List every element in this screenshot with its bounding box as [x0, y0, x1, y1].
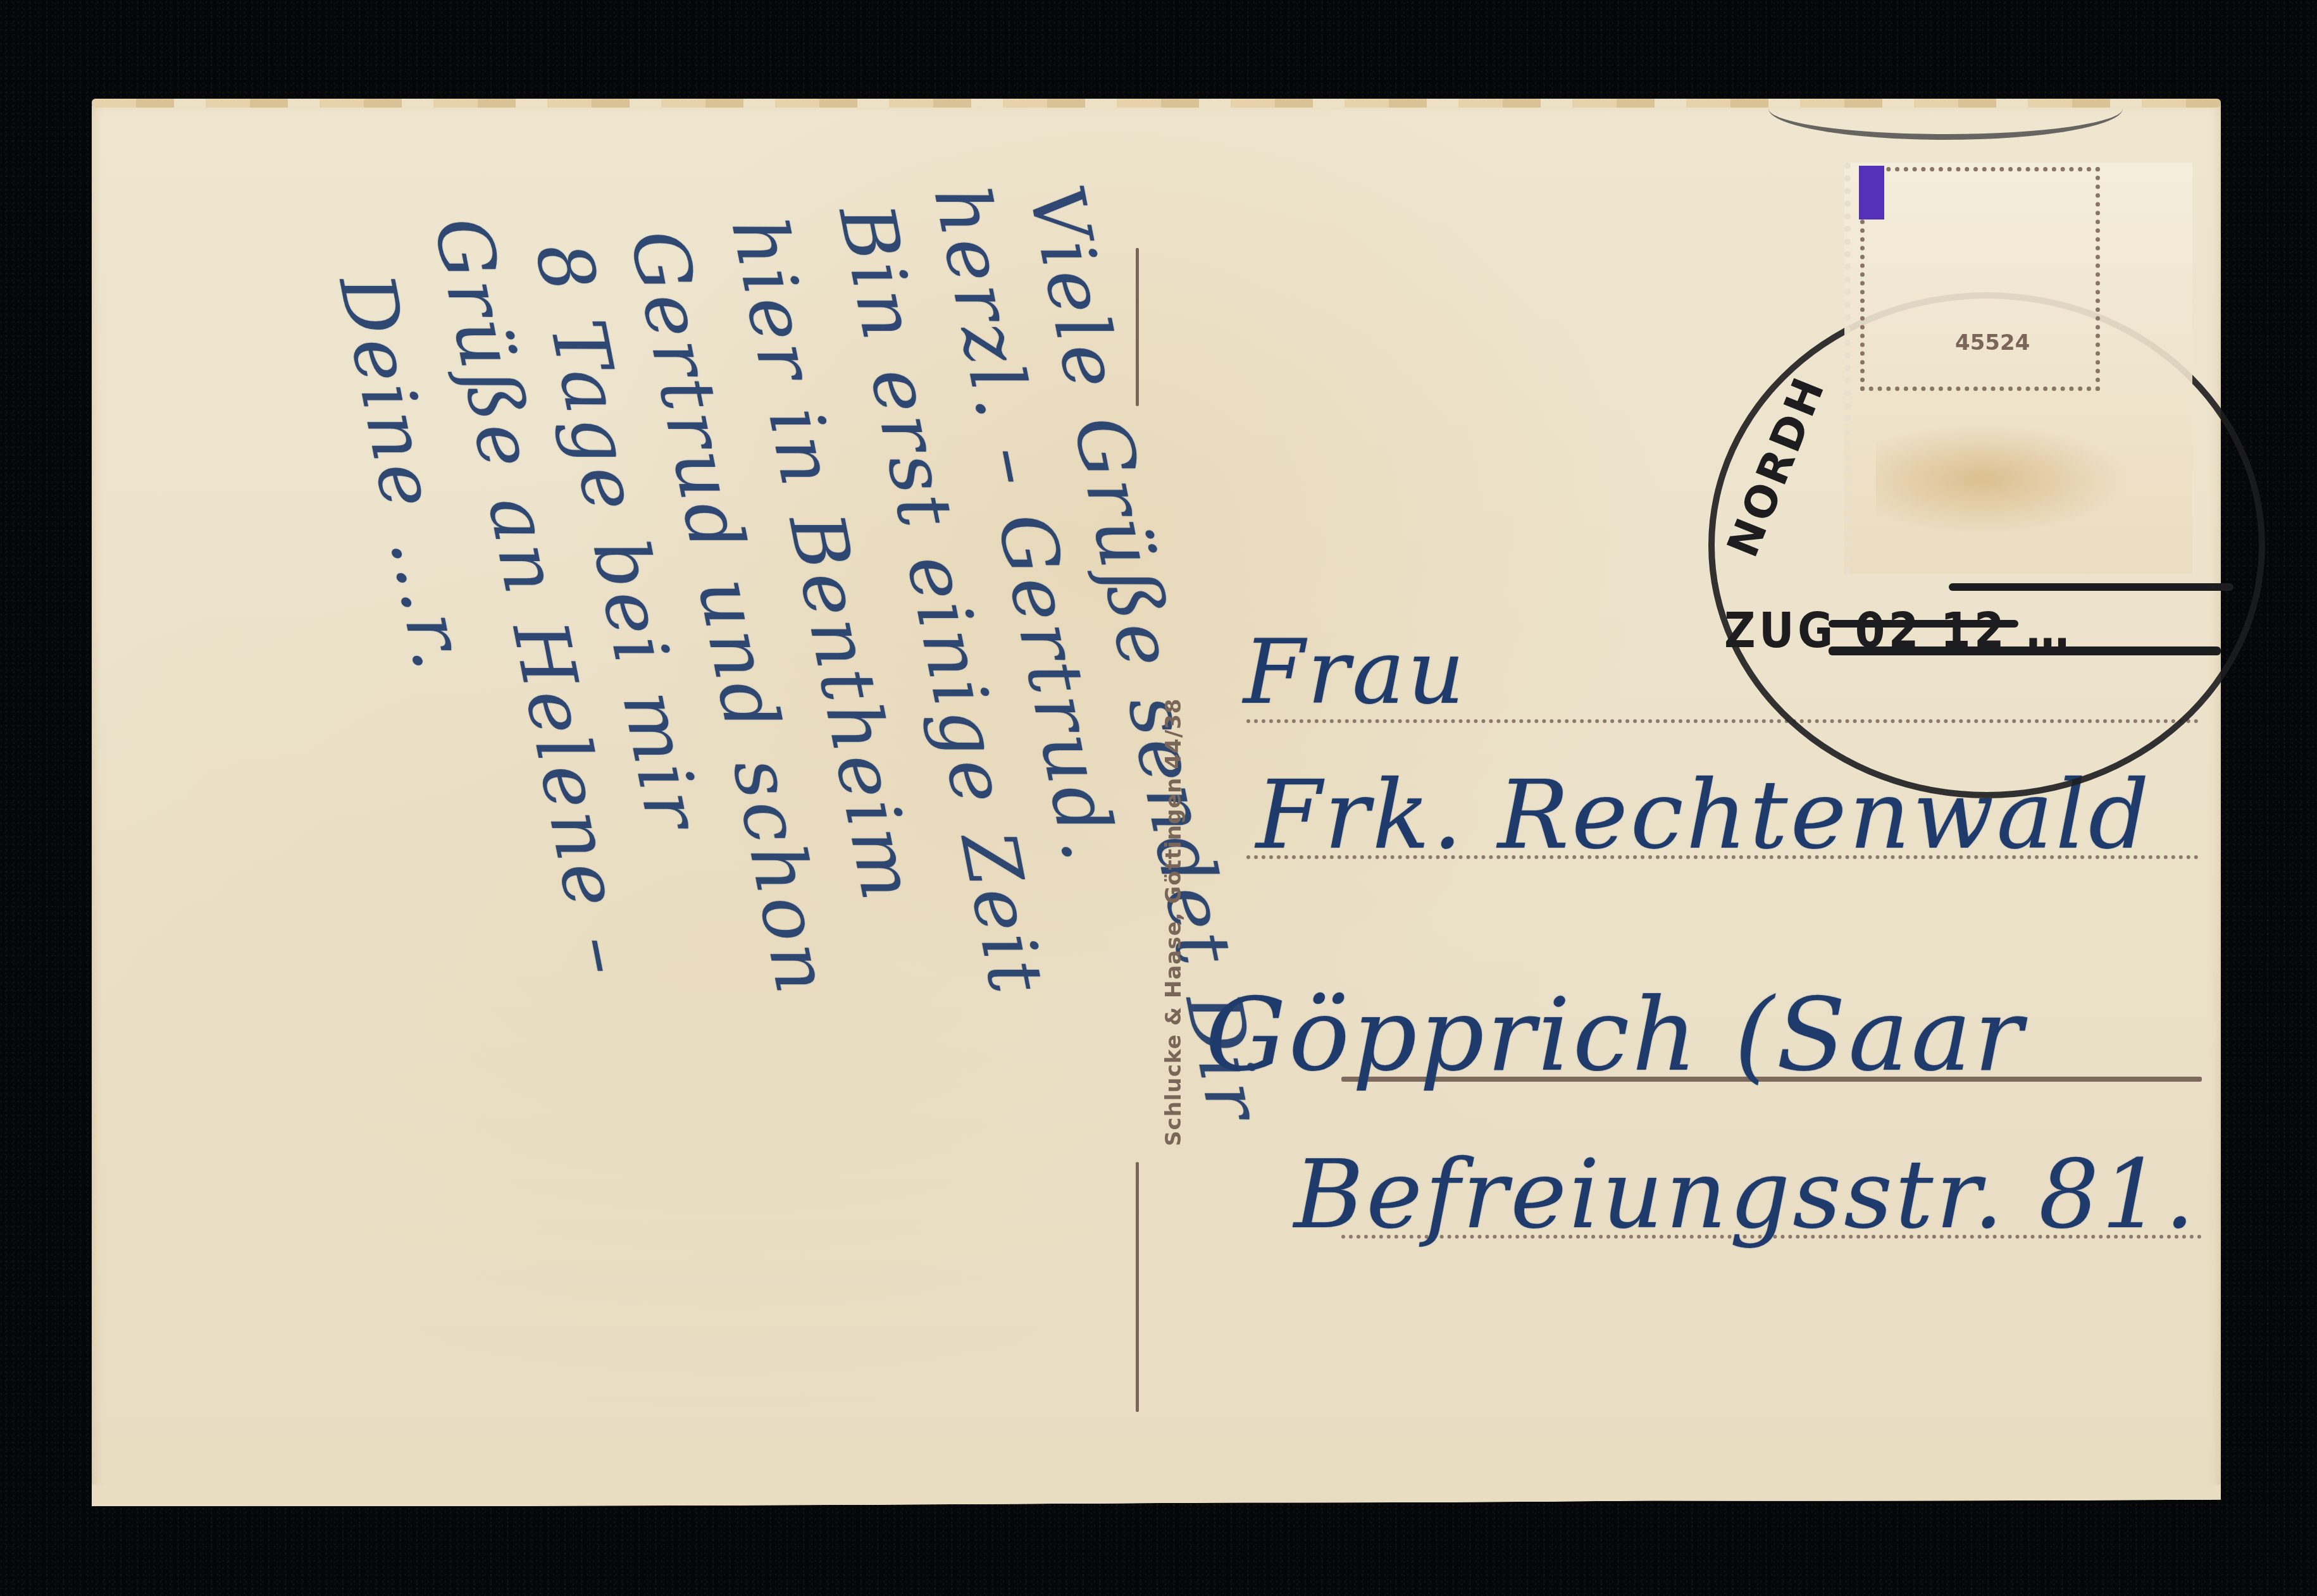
- address-line-4: Befreiungsstr. 81.: [1294, 1140, 2197, 1250]
- address-line-3: Göpprich (Saar: [1205, 975, 2025, 1094]
- printer-imprint: Schlucke & Haase, Göttingen 44/38: [1161, 698, 1186, 1146]
- postmark-ornament-bar: [1829, 646, 2221, 655]
- postmark-bar: [1949, 583, 2233, 591]
- stamp-violet-fragment: [1859, 166, 1884, 220]
- stamp-number: 45524: [1955, 330, 2030, 356]
- postmark-arc-top: [1768, 77, 2123, 140]
- postmark-bar: [1829, 620, 2018, 628]
- divider-rule-bottom: [1136, 1162, 1139, 1412]
- divider-rule-top: [1136, 248, 1139, 406]
- stamp-box: [1860, 167, 2100, 391]
- handwritten-message: Viele Grüße sendet Dir herzl. – Gertrud.…: [92, 102, 1167, 1497]
- stamp-stain: [1876, 419, 2142, 539]
- postcard: Viele Grüße sendet Dir herzl. – Gertrud.…: [92, 102, 2221, 1497]
- address-line-1: Frau: [1243, 621, 1467, 724]
